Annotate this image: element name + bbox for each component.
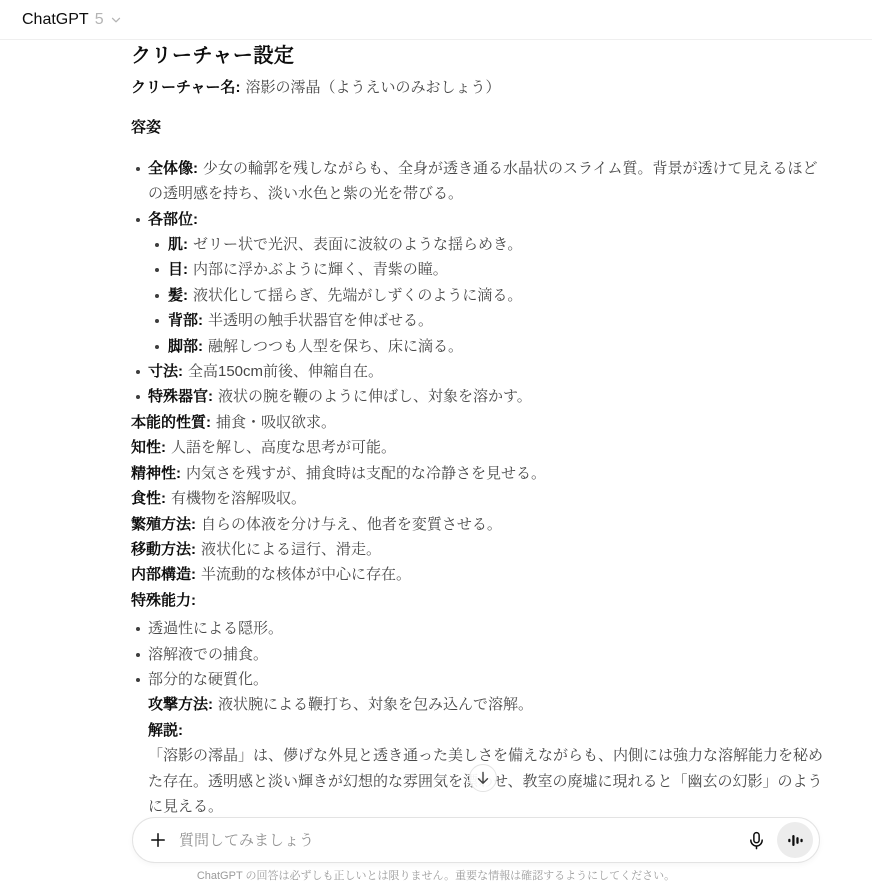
- item-label: 髪:: [168, 287, 188, 304]
- trait-label: 知性:: [131, 439, 166, 456]
- item-label: 特殊器官:: [148, 388, 213, 405]
- item-label: 背部:: [168, 312, 203, 329]
- trait-label: 本能的性質:: [131, 414, 211, 431]
- voice-waveform-icon: [787, 832, 804, 849]
- list-item: 肌:ゼリー状で光沢、表面に波紋のような揺らめき。: [148, 232, 824, 257]
- trait-text: 有機物を溶解吸収。: [171, 490, 306, 507]
- attack-line: 攻撃方法:液状腕による鞭打ち、対象を包み込んで溶解。: [148, 692, 824, 717]
- scroll-to-bottom-button[interactable]: [469, 764, 497, 792]
- item-label: 各部位:: [148, 211, 198, 228]
- list-item: 寸法:全高150cm前後、伸縮自在。: [131, 359, 824, 384]
- list-item: 目:内部に浮かぶように輝く、青紫の瞳。: [148, 257, 824, 282]
- list-item: 各部位: 肌:ゼリー状で光沢、表面に波紋のような揺らめき。 目:内部に浮かぶよう…: [131, 207, 824, 359]
- model-version: 5: [95, 11, 104, 29]
- dictate-button[interactable]: [739, 823, 773, 857]
- item-text: 内部に浮かぶように輝く、青紫の瞳。: [193, 261, 448, 278]
- trait-label: 繁殖方法:: [131, 516, 196, 533]
- trait-line: 特殊能力:: [131, 588, 824, 613]
- disclaimer: ChatGPT の回答は必ずしも正しいとは限りません。重要な情報は確認するように…: [0, 868, 872, 884]
- creature-name-value: 溶影の澪晶（ようえいのみおしょう）: [246, 79, 501, 96]
- trait-label: 特殊能力:: [131, 592, 196, 609]
- item-text: 少女の輪郭を残しながらも、全身が透き通る水晶状のスライム質。背景が透けて見えるほ…: [148, 160, 818, 202]
- message-input[interactable]: [179, 832, 739, 849]
- item-text: 溶解液での捕食。: [148, 646, 268, 663]
- list-item: 溶解液での捕食。: [131, 642, 824, 667]
- trait-label: 精神性:: [131, 465, 181, 482]
- commentary-label: 解説:: [148, 718, 824, 743]
- body-parts-list: 肌:ゼリー状で光沢、表面に波紋のような揺らめき。 目:内部に浮かぶように輝く、青…: [148, 232, 824, 359]
- list-item: 背部:半透明の触手状器官を伸ばせる。: [148, 308, 824, 333]
- item-label: 寸法:: [148, 363, 183, 380]
- top-bar: ChatGPT 5: [0, 0, 872, 40]
- model-selector[interactable]: ChatGPT 5: [16, 7, 128, 33]
- list-item: 部分的な硬質化。: [131, 667, 824, 692]
- plus-icon: [148, 830, 168, 850]
- voice-mode-button[interactable]: [777, 822, 813, 858]
- item-text: ゼリー状で光沢、表面に波紋のような揺らめき。: [193, 236, 522, 253]
- item-text: 融解しつつも人型を保ち、床に滴る。: [208, 338, 463, 355]
- creature-name-label: クリーチャー名:: [131, 79, 241, 96]
- message-heading: クリーチャー設定: [131, 43, 824, 69]
- trait-line: 食性:有機物を溶解吸収。: [131, 486, 824, 511]
- app-name: ChatGPT: [22, 11, 89, 29]
- list-item: 特殊器官:液状の腕を鞭のように伸ばし、対象を溶かす。: [131, 384, 824, 409]
- trait-line: 本能的性質:捕食・吸収欲求。: [131, 410, 824, 435]
- microphone-icon: [746, 830, 767, 851]
- trait-text: 内気さを残すが、捕食時は支配的な冷静さを見せる。: [186, 465, 546, 482]
- composer-area: ChatGPT の回答は必ずしも正しいとは限りません。重要な情報は確認するように…: [0, 817, 872, 889]
- item-text: 液状の腕を鞭のように伸ばし、対象を溶かす。: [218, 388, 532, 405]
- continuation-block: 攻撃方法:液状腕による鞭打ち、対象を包み込んで溶解。 解説: 「溶影の澪晶」は、…: [148, 692, 824, 819]
- item-label: 目:: [168, 261, 188, 278]
- trait-text: 人語を解し、高度な思考が可能。: [171, 439, 396, 456]
- trait-text: 半流動的な核体が中心に存在。: [201, 566, 411, 583]
- list-item: 全体像:少女の輪郭を残しながらも、全身が透き通る水晶状のスライム質。背景が透けて…: [131, 156, 824, 207]
- item-label: 脚部:: [168, 338, 203, 355]
- item-text: 全高150cm前後、伸縮自在。: [188, 363, 383, 380]
- trait-line: 内部構造:半流動的な核体が中心に存在。: [131, 562, 824, 587]
- traits-block: 本能的性質:捕食・吸収欲求。 知性:人語を解し、高度な思考が可能。 精神性:内気…: [131, 410, 824, 613]
- trait-text: 捕食・吸収欲求。: [216, 414, 336, 431]
- item-label: 肌:: [168, 236, 188, 253]
- trait-line: 精神性:内気さを残すが、捕食時は支配的な冷静さを見せる。: [131, 461, 824, 486]
- item-label: 全体像:: [148, 160, 198, 177]
- item-text: 半透明の触手状器官を伸ばせる。: [208, 312, 433, 329]
- trait-label: 食性:: [131, 490, 166, 507]
- assistant-message: クリーチャー設定 クリーチャー名:溶影の澪晶（ようえいのみおしょう） 容姿 全体…: [0, 40, 872, 819]
- attach-button[interactable]: [141, 823, 175, 857]
- message-composer[interactable]: [132, 817, 820, 863]
- trait-text: 液状化による這行、滑走。: [201, 541, 381, 558]
- trait-line: 繁殖方法:自らの体液を分け与え、他者を変質させる。: [131, 512, 824, 537]
- abilities-list: 透過性による隠形。 溶解液での捕食。 部分的な硬質化。: [131, 616, 824, 692]
- item-text: 部分的な硬質化。: [148, 671, 268, 688]
- arrow-down-icon: [475, 770, 491, 786]
- list-item: 透過性による隠形。: [131, 616, 824, 641]
- chevron-down-icon: [110, 14, 122, 26]
- trait-label: 移動方法:: [131, 541, 196, 558]
- item-text: 液状化して揺らぎ、先端がしずくのように滴る。: [193, 287, 522, 304]
- item-text: 透過性による隠形。: [148, 620, 283, 637]
- creature-name-line: クリーチャー名:溶影の澪晶（ようえいのみおしょう）: [131, 75, 824, 100]
- attack-label: 攻撃方法:: [148, 696, 213, 713]
- trait-line: 知性:人語を解し、高度な思考が可能。: [131, 435, 824, 460]
- appearance-list: 全体像:少女の輪郭を残しながらも、全身が透き通る水晶状のスライム質。背景が透けて…: [131, 156, 824, 410]
- trait-text: 自らの体液を分け与え、他者を変質させる。: [201, 516, 502, 533]
- trait-line: 移動方法:液状化による這行、滑走。: [131, 537, 824, 562]
- attack-text: 液状腕による鞭打ち、対象を包み込んで溶解。: [218, 696, 533, 713]
- appearance-heading: 容姿: [131, 115, 819, 140]
- list-item: 髪:液状化して揺らぎ、先端がしずくのように滴る。: [148, 283, 824, 308]
- trait-label: 内部構造:: [131, 566, 196, 583]
- list-item: 脚部:融解しつつも人型を保ち、床に滴る。: [148, 334, 824, 359]
